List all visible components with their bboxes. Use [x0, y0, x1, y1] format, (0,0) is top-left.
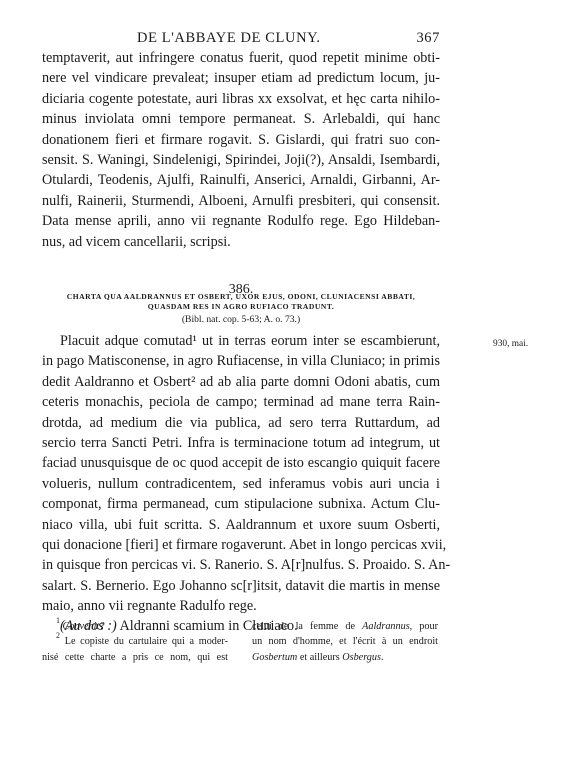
- book-page: DE L'ABBAYE DE CLUNY. 367 temptaverit, a…: [0, 0, 565, 775]
- charter-source: (Bibl. nat. cop. 5-63; A. o. 73.): [42, 314, 440, 325]
- text-line: sensit. S. Waningi, Sindelenigi, Spirind…: [42, 150, 440, 170]
- footnote-1: 1 Convenit?: [42, 619, 228, 634]
- margin-date: 930, mai.: [493, 339, 528, 349]
- footnote-text: Le copiste du cartulaire qui a moder-: [65, 636, 228, 647]
- footnote-marker: 2: [56, 631, 60, 640]
- text-line: in quisque fron percicas vi. S. Ranerio.…: [42, 555, 440, 575]
- text-line: nus, ad vicem cancellarii, scripsi.: [42, 232, 440, 252]
- text-line: sercio terra Sancti Petri. Infra is term…: [42, 433, 440, 453]
- footnotes-right-column: celui de la femme de Aaldrannus, pour un…: [252, 619, 438, 665]
- text-line: Otulardi, Teodenis, Ajulfi, Rainulfi, An…: [42, 170, 440, 190]
- footnotes-left-column: 1 Convenit? 2 Le copiste du cartulaire q…: [42, 619, 228, 665]
- text-line: qui donacione [fieri] et firmare rogaver…: [42, 535, 440, 555]
- text-line: ceteris monachis, peciola de campo; term…: [42, 392, 440, 412]
- footnote-2-line: celui de la femme de Aaldrannus, pour: [252, 619, 438, 634]
- text-line: maio, anno vii regnante Radulfo rege.: [42, 596, 440, 616]
- footnote-2-line: un nom d'homme, et l'écrit à un endroit: [252, 634, 438, 649]
- footnote-2-line: 2 Le copiste du cartulaire qui a moder-: [42, 634, 228, 649]
- footnote-marker: 1: [56, 616, 60, 625]
- text-line: dedit Aaldranno et Osbert² ad ab alia pa…: [42, 372, 440, 392]
- charter-text: Placuit adque comutad¹ ut in terras eoru…: [42, 331, 440, 637]
- text-line: diciaria cogente potestate, auri libras …: [42, 89, 440, 109]
- running-head-title: DE L'ABBAYE DE CLUNY.: [137, 30, 321, 47]
- text-line: in pago Matisconense, in agro Rufiacense…: [42, 351, 440, 371]
- text-line: salart. S. Bernerio. Ego Johanno sc[r]it…: [42, 576, 440, 596]
- footnote-2-line: Gosbertum et ailleurs Osbergus.: [252, 650, 438, 665]
- text-line: niaco villa, ubi fuit scritta. S. Aaldra…: [42, 515, 440, 535]
- text-line: Placuit adque comutad¹ ut in terras eoru…: [42, 331, 440, 351]
- text-line: volueris, nullum contradicentem, sed inf…: [42, 474, 440, 494]
- continuation-paragraph: temptaverit, aut infringere conatus fuer…: [42, 48, 440, 252]
- text-line: nulfi, Rainerii, Sturmendi, Alboeni, Arn…: [42, 191, 440, 211]
- text-line: temptaverit, aut infringere conatus fuer…: [42, 48, 440, 68]
- footnote-2-line: nisé cette charte a pris ce nom, qui est: [42, 650, 228, 665]
- text-line: componat, firma permanead, cum stipulaci…: [42, 494, 440, 514]
- text-line: nere vel vindicare prevaleat; insuper et…: [42, 68, 440, 88]
- text-line: donationem fieri et firmare rogavit. S. …: [42, 130, 440, 150]
- text-line: Data mense aprili, anno vii regnante Rod…: [42, 211, 440, 231]
- charter-rubric-line-2: quasdam res in agro Rufiaco tradunt.: [42, 300, 440, 313]
- text-line: minus inviolata omni tempore permaneat. …: [42, 109, 440, 129]
- footnote-text: Convenit?: [63, 621, 105, 632]
- running-head: DE L'ABBAYE DE CLUNY. 367: [42, 30, 440, 48]
- text-line: drotda, ad medium die via publica, ad se…: [42, 413, 440, 433]
- page-number: 367: [416, 30, 440, 47]
- text-line: faciad unusquisque de oc quod accepit de…: [42, 453, 440, 473]
